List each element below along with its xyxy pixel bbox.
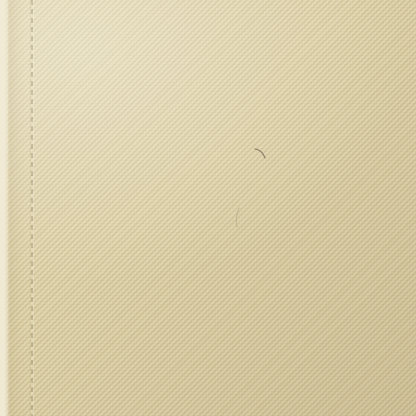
fabric-folded-edge (0, 0, 10, 416)
seam-stitch-line (31, 0, 33, 416)
seam-fold-shadow (8, 0, 26, 416)
lighting-gradient (0, 0, 416, 416)
fabric-photo (0, 0, 416, 416)
